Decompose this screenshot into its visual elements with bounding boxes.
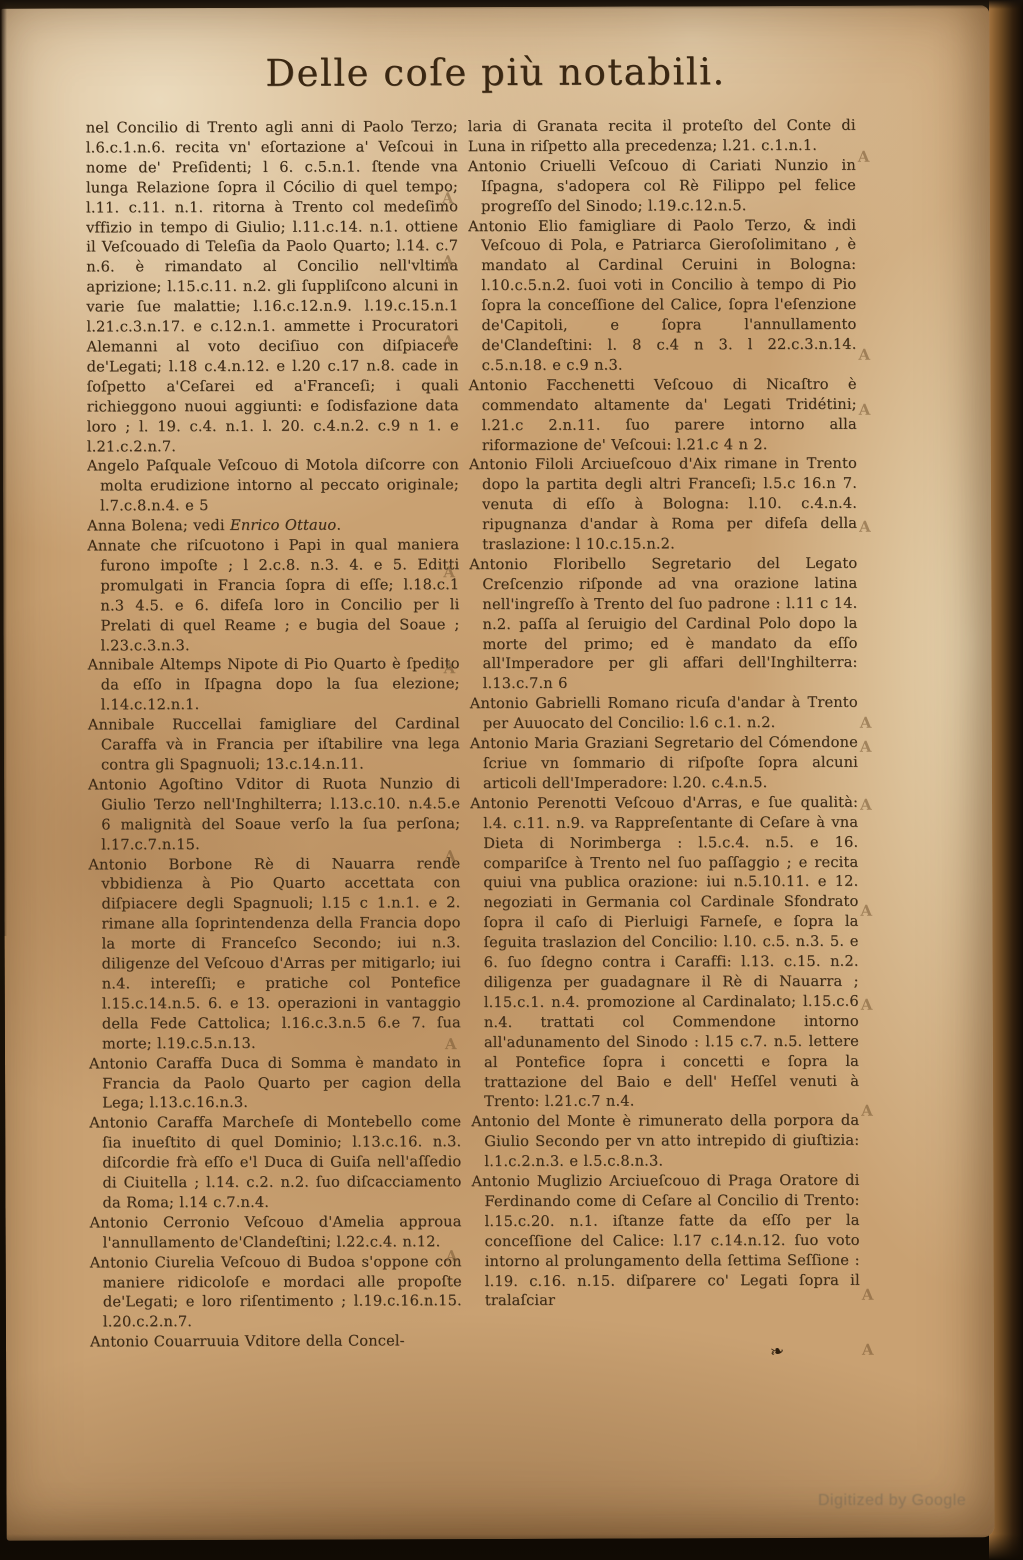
bleedthrough-letter: A (860, 902, 872, 920)
bleedthrough-letter: A (443, 563, 455, 581)
index-entry: Antonio Filoli Arciueſcouo d'Aix rimane … (469, 454, 857, 555)
index-entry: Antonio Muglizio Arciueſcouo di Praga Or… (471, 1171, 859, 1312)
index-entry: Antonio Borbone Rè di Nauarra rende vbbi… (88, 854, 461, 1054)
index-entry: Antonio del Monte è rimunerato della por… (471, 1111, 859, 1172)
google-watermark: Digitized by Google (818, 1492, 1018, 1510)
index-entry: Angelo Paſquale Veſcouo di Motola diſcor… (87, 456, 459, 517)
bleedthrough-letter: A (859, 346, 871, 364)
bleedthrough-letter: A (444, 847, 456, 865)
book-page-edge (989, 0, 1023, 1560)
top-edge-shadow (0, 0, 1023, 9)
bleedthrough-letter: A (859, 401, 871, 419)
index-entry: Antonio Caraffa Marcheſe di Montebello c… (89, 1112, 461, 1213)
bleedthrough-letter: A (862, 1341, 874, 1359)
bleedthrough-letter: A (860, 796, 872, 814)
bleedthrough-letter: A (442, 189, 454, 207)
index-entry: Antonio Ciurelia Veſcouo di Budoa s'oppo… (90, 1252, 462, 1333)
bleedthrough-letter: A (858, 148, 870, 166)
index-entry: Antonio Gabrielli Romano ricuſa d'andar … (470, 693, 858, 734)
printer-ornament-icon: ❧ (768, 1341, 786, 1364)
bleedthrough-letter: A (859, 518, 871, 536)
bleedthrough-letter: A (442, 332, 454, 350)
index-entry: Antonio Maria Graziani Segretario del Có… (470, 733, 858, 794)
index-entry: Antonio Elio famigliare di Paolo Terzo, … (468, 215, 857, 376)
page-title: Delle coſe più notabili. (1, 49, 989, 95)
index-entry: Antonio Agoſtino Vditor di Ruota Nunzio … (88, 774, 460, 855)
bleedthrough-letter: A (442, 252, 454, 270)
index-entry: Antonio Caraffa Duca di Somma è mandato … (89, 1053, 461, 1114)
bleedthrough-letter: A (445, 1035, 457, 1053)
index-entry: Antonio Couarruuia Vditore della Concel- (90, 1331, 462, 1352)
bleedthrough-letter: A (444, 659, 456, 677)
index-entry: Antonio Perenotti Veſcouo d'Arras, e ſue… (470, 793, 859, 1113)
index-entry: Antonio Criuelli Veſcouo di Cariati Nunz… (468, 156, 856, 217)
index-column-left: nel Concilio di Trento agli anni di Paol… (86, 117, 462, 1352)
bottom-edge-shadow (0, 1534, 1023, 1560)
index-entry: Annibale Altemps Nipote di Pio Quarto è … (88, 655, 460, 716)
bleedthrough-letter: A (861, 1102, 873, 1120)
bleedthrough-letter: A (860, 738, 872, 756)
bleedthrough-letter: A (861, 996, 873, 1014)
index-entry: Annibale Ruccellai famigliare del Cardin… (88, 714, 460, 775)
bleedthrough-letter: A (860, 714, 872, 732)
left-edge-shadow (0, 0, 7, 936)
book-page: Delle coſe più notabili. nel Concilio di… (1, 5, 994, 1540)
bleedthrough-letter: A (862, 1286, 874, 1304)
bleedthrough-letter: A (446, 1247, 458, 1265)
index-entry: Anna Bolena; vedi Enrico Ottauo. (87, 515, 459, 536)
scanned-page: Delle coſe più notabili. nel Concilio di… (0, 0, 1023, 1560)
index-continuation: laria di Granata recita il proteſto del … (468, 116, 856, 157)
index-continuation: nel Concilio di Trento agli anni di Paol… (86, 117, 459, 457)
index-entry: Antonio Cerronio Veſcouo d'Amelia approu… (90, 1212, 462, 1253)
index-entry: Antonio Floribello Segretario del Legato… (469, 554, 857, 695)
index-entry: Annate che riſcuotono i Papi in qual man… (87, 535, 459, 656)
index-column-right: laria di Granata recita il proteſto del … (468, 116, 860, 1312)
index-entry: Antonio Facchenetti Veſcouo di Nicaſtro … (469, 375, 857, 456)
